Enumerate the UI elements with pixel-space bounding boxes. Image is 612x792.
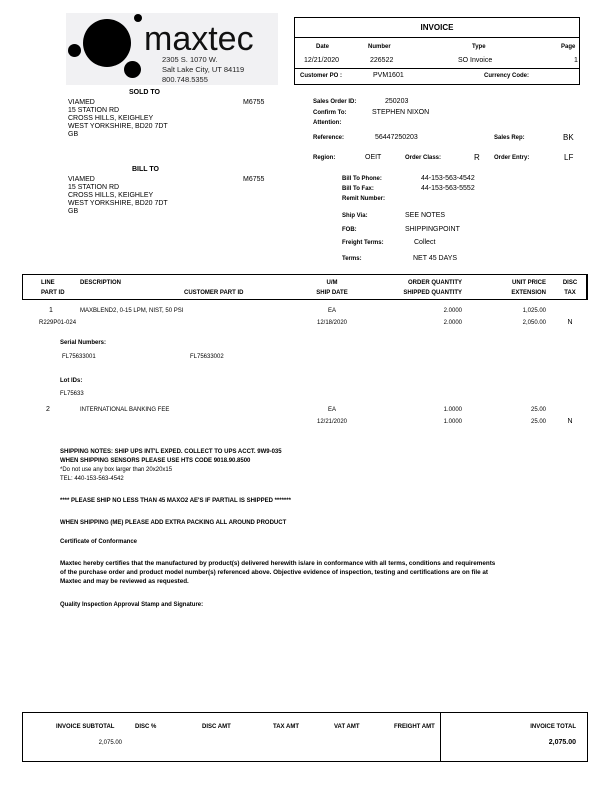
sold-to-address-line: WEST YORKSHIRE, BD20 7DT	[68, 123, 168, 130]
shipping-notes-line: TEL: 440-153-563-4542	[60, 476, 124, 482]
signature-label: Quality Inspection Approval Stamp and Si…	[60, 602, 203, 608]
lot-id: FL75633	[60, 391, 84, 397]
col-extension: EXTENSION	[490, 290, 546, 296]
bill-to-phone: 44-153-563-4542	[421, 175, 475, 182]
line-um: EA	[310, 407, 354, 413]
order-class: R	[474, 153, 480, 162]
col-line: LINE	[41, 280, 55, 286]
packing-note: WHEN SHIPPING (ME) PLEASE ADD EXTRA PACK…	[60, 520, 286, 526]
serial-number: FL75633002	[190, 354, 224, 360]
col-unit-price: UNIT PRICE	[490, 280, 546, 286]
sold-to-address-line: 15 STATION RD	[68, 107, 119, 114]
col-disc: DISC	[558, 280, 582, 286]
col-shipped-quantity: SHIPPED QUANTITY	[380, 290, 462, 296]
customer-po: PVM1601	[373, 72, 404, 79]
line-tax: N	[562, 418, 578, 425]
line-extension: 25.00	[500, 419, 546, 425]
confirm-to: STEPHEN NIXON	[372, 109, 429, 116]
company-address-line1: 2305 S. 1070 W.	[162, 55, 217, 64]
sales-rep-label: Sales Rep:	[494, 135, 525, 141]
col-um: U/M	[310, 280, 354, 286]
sold-to-name: VIAMED	[68, 99, 95, 106]
sold-to-address-line: CROSS HILLS, KEIGHLEY	[68, 115, 153, 122]
shipping-notes-line: WHEN SHIPPING SENSORS PLEASE USE HTS COD…	[60, 458, 250, 464]
line-unit-price: 25.00	[500, 407, 546, 413]
freight-terms-label: Freight Terms:	[342, 240, 384, 246]
logo-dot-icon	[83, 19, 131, 67]
line-number: 1	[49, 307, 53, 314]
disc-amt-label: DISC AMT	[202, 724, 231, 730]
sold-to-heading: SOLD TO	[129, 89, 160, 96]
order-entry-label: Order Entry:	[494, 155, 529, 161]
col-part-id: PART ID	[41, 290, 65, 296]
line-ship-date: 12/21/2020	[306, 419, 358, 425]
invoice-number: 226522	[370, 57, 393, 64]
sales-rep: BK	[563, 133, 574, 142]
line-number: 2	[46, 406, 50, 413]
bill-to-phone-label: Bill To Phone:	[342, 176, 382, 182]
line-items-header	[22, 274, 588, 300]
disc-pct-label: DISC %	[135, 724, 156, 730]
number-label: Number	[368, 44, 391, 50]
type-label: Type	[472, 44, 486, 50]
sold-to-customer-id: M6755	[243, 99, 264, 106]
coc-text: Maxtec hereby certifies that the manufac…	[60, 559, 500, 586]
col-order-quantity: ORDER QUANTITY	[380, 280, 462, 286]
freight-amt-label: FREIGHT AMT	[394, 724, 435, 730]
bill-to-address-line: WEST YORKSHIRE, BD20 7DT	[68, 200, 168, 207]
bill-to-address-line: 15 STATION RD	[68, 184, 119, 191]
page-number: 1	[574, 57, 578, 64]
invoice-total-label: INVOICE TOTAL	[480, 724, 576, 730]
invoice-type: SO Invoice	[458, 57, 492, 64]
line-extension: 2,050.00	[500, 320, 546, 326]
bill-to-customer-id: M6755	[243, 176, 264, 183]
page-label: Page	[561, 44, 575, 50]
fob-label: FOB:	[342, 227, 357, 233]
subtotal-label: INVOICE SUBTOTAL	[56, 724, 114, 730]
line-part-id: R229P01-024	[39, 320, 76, 326]
line-shipped-quantity: 1.0000	[420, 419, 462, 425]
line-ship-date: 12/18/2020	[306, 320, 358, 326]
company-phone: 800.748.5355	[162, 75, 208, 84]
terms-label: Terms:	[342, 256, 362, 262]
confirm-to-label: Confirm To:	[313, 110, 347, 116]
sold-to-address-line: GB	[68, 131, 78, 138]
col-ship-date: SHIP DATE	[310, 290, 354, 296]
freight-terms: Collect	[414, 239, 435, 246]
vat-amt-label: VAT AMT	[334, 724, 360, 730]
serial-numbers-label: Serial Numbers:	[60, 340, 106, 346]
col-customer-part-id: CUSTOMER PART ID	[184, 290, 243, 296]
customer-po-label: Customer PO :	[300, 73, 342, 79]
company-address-line2: Salt Lake City, UT 84119	[162, 65, 244, 74]
order-entry: LF	[564, 153, 573, 162]
company-logo-text: maxtec	[144, 20, 254, 59]
subtotal-value: 2,075.00	[70, 740, 122, 746]
region-label: Region:	[313, 155, 335, 161]
invoice-title: INVOICE	[294, 23, 580, 32]
line-unit-price: 1,025.00	[500, 308, 546, 314]
reference: 56447250203	[375, 134, 418, 141]
coc-heading: Certificate of Conformance	[60, 539, 137, 545]
tax-amt-label: TAX AMT	[273, 724, 299, 730]
terms: NET 45 DAYS	[413, 255, 457, 262]
logo-dot-icon	[134, 14, 142, 22]
line-order-quantity: 2.0000	[420, 308, 462, 314]
invoice-date: 12/21/2020	[304, 57, 339, 64]
ship-via: SEE NOTES	[405, 212, 445, 219]
currency-code-label: Currency Code:	[484, 73, 529, 79]
attention-label: Attention:	[313, 120, 341, 126]
date-label: Date	[316, 44, 329, 50]
shipping-notes-line: *Do not use any box larger than 20x20x15	[60, 467, 172, 473]
col-description: DESCRIPTION	[80, 280, 121, 286]
lot-ids-label: Lot IDs:	[60, 378, 82, 384]
bill-to-fax: 44-153-563-5552	[421, 185, 475, 192]
invoice-total-value: 2,075.00	[500, 739, 576, 746]
bill-to-address-line: GB	[68, 208, 78, 215]
line-description: MAXBLEND2, 0-15 LPM, NIST, 50 PSI	[80, 308, 183, 314]
partial-ship-note: **** PLEASE SHIP NO LESS THAN 45 MAXO2 A…	[60, 498, 291, 504]
remit-number-label: Remit Number:	[342, 196, 385, 202]
ship-via-label: Ship Via:	[342, 213, 368, 219]
logo-dot-icon	[124, 61, 141, 78]
bill-to-fax-label: Bill To Fax:	[342, 186, 374, 192]
line-shipped-quantity: 2.0000	[420, 320, 462, 326]
sales-order-id-label: Sales Order ID:	[313, 99, 356, 105]
bill-to-heading: BILL TO	[132, 166, 159, 173]
line-description: INTERNATIONAL BANKING FEE	[80, 407, 169, 413]
shipping-notes-line: SHIPPING NOTES: SHIP UPS INT'L EXPED. CO…	[60, 449, 282, 455]
totals-box	[22, 712, 588, 762]
line-um: EA	[310, 308, 354, 314]
bill-to-address-line: CROSS HILLS, KEIGHLEY	[68, 192, 153, 199]
serial-number: FL75633001	[62, 354, 96, 360]
logo-dot-icon	[68, 44, 81, 57]
region: OEIT	[365, 154, 381, 161]
order-class-label: Order Class:	[405, 155, 441, 161]
line-tax: N	[562, 319, 578, 326]
bill-to-name: VIAMED	[68, 176, 95, 183]
line-order-quantity: 1.0000	[420, 407, 462, 413]
col-tax: TAX	[558, 290, 582, 296]
fob: SHIPPINGPOINT	[405, 226, 460, 233]
sales-order-id: 250203	[385, 98, 408, 105]
reference-label: Reference:	[313, 135, 344, 141]
